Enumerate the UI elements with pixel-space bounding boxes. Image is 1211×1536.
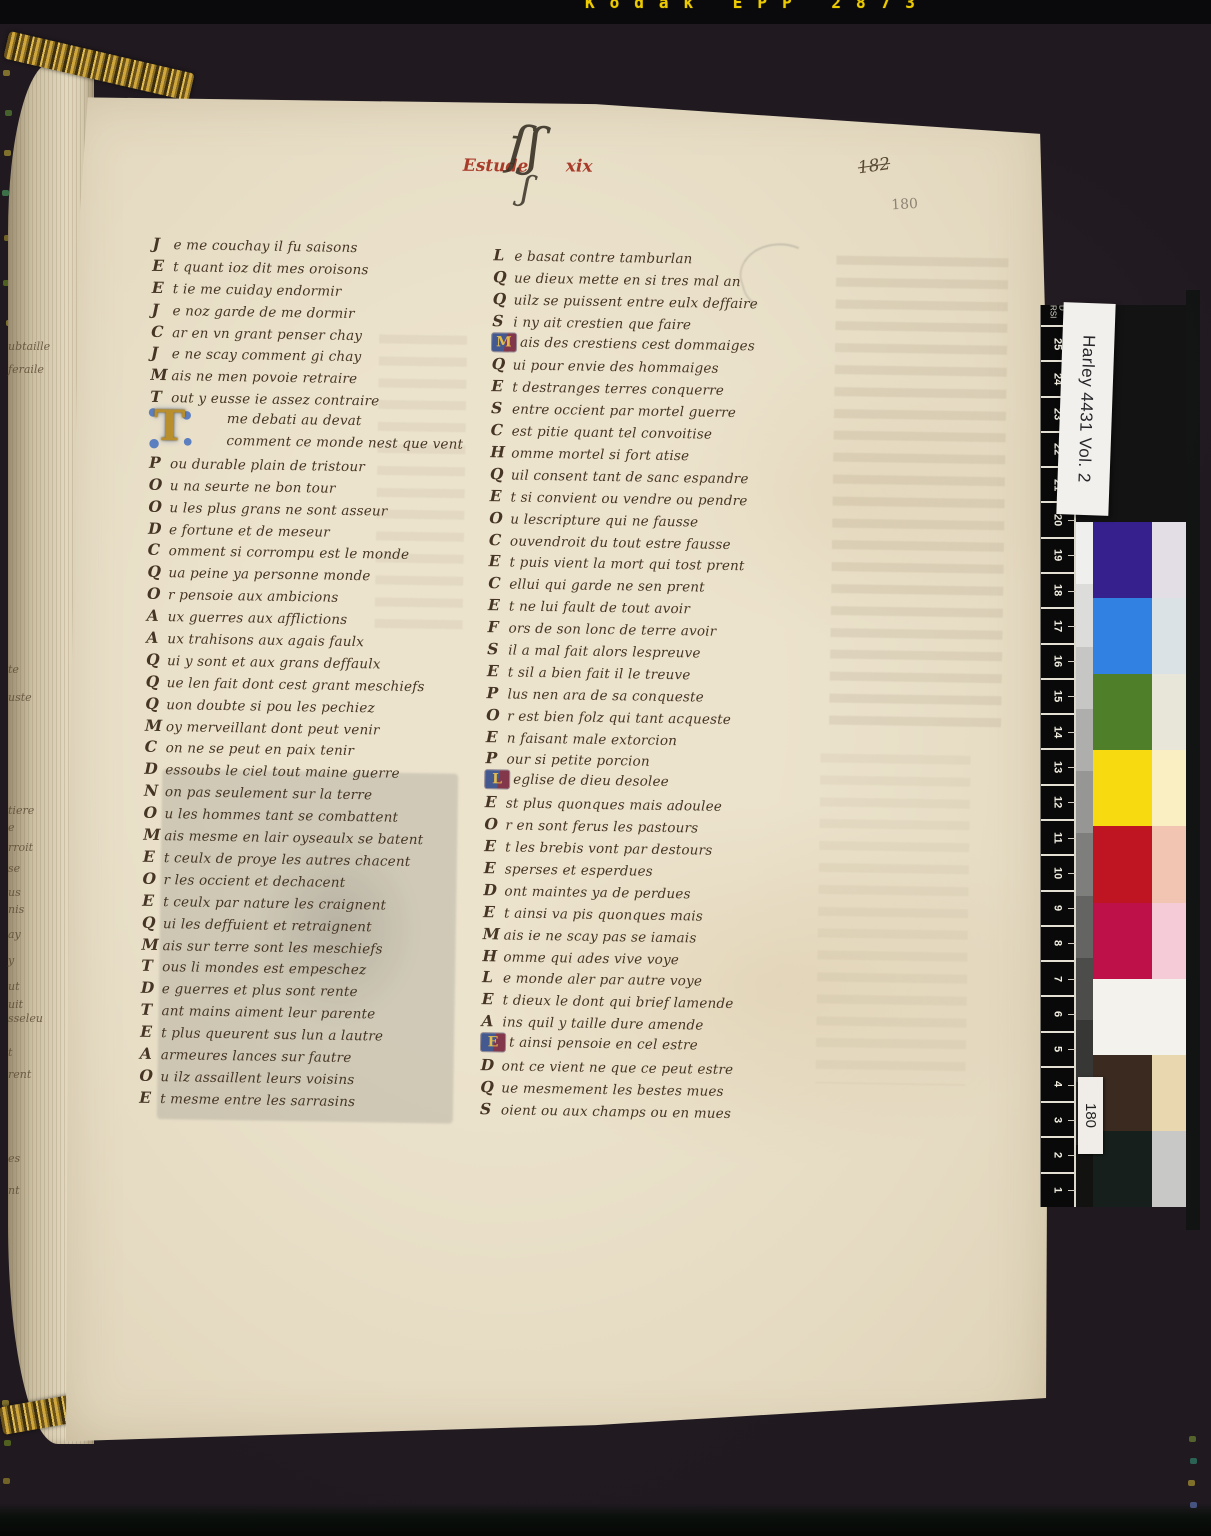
ruler-tick: 11 (1041, 819, 1074, 854)
illuminated-initial: T (145, 403, 194, 452)
verse-line: Et mesme entre les sarrasins (139, 1086, 469, 1113)
previous-page-text-fragment: ay (8, 928, 21, 941)
color-calibration-bar: D RSI 25 24 23 22 21 20 19 18 17 16 (1040, 305, 1186, 1207)
verse-capital: C (148, 539, 169, 561)
verse-capital: T (140, 999, 161, 1021)
verse-capital: Q (142, 911, 163, 933)
color-patch-row (1093, 750, 1186, 826)
verse-capital: E (143, 846, 164, 868)
saturated-color-patch (1093, 674, 1152, 750)
gilt-sparkle (1188, 1480, 1195, 1486)
verse-capital: D (481, 1054, 502, 1076)
gilt-sparkle (3, 1478, 10, 1484)
verse-capital: S (491, 397, 512, 419)
grayscale-step (1076, 584, 1093, 646)
previous-page-text-fragment: te (8, 663, 19, 676)
verse-capital: J (151, 299, 172, 321)
saturated-color-patch (1093, 903, 1152, 979)
grayscale-step (1076, 647, 1093, 709)
previous-page-text-fragment: uste (8, 691, 32, 704)
verse-capital: N (144, 780, 165, 802)
grayscale-step (1076, 522, 1093, 584)
verse-capital: H (490, 441, 511, 463)
verse-capital: O (148, 495, 169, 517)
color-patch-row (1093, 979, 1186, 1055)
verse-capital: Q (480, 1076, 501, 1098)
ruler-tick: 7 (1041, 960, 1074, 995)
previous-page-text-fragment: us (8, 886, 21, 899)
previous-page-text-fragment: feraile (8, 363, 44, 376)
verse-capital: C (151, 320, 172, 342)
ruler-tick: 12 (1041, 784, 1074, 819)
verse-column-right: Le basat contre tamburlan Que dieux mett… (480, 244, 839, 1125)
previous-page-text-fragment: nt (8, 1184, 20, 1197)
saturated-color-patch (1093, 979, 1152, 1055)
ruler-tick: 8 (1041, 925, 1074, 960)
verse-capital: E (482, 988, 503, 1010)
gilt-sparkle (4, 150, 11, 156)
ruler-tick: 15 (1041, 678, 1074, 713)
color-patch-row (1093, 826, 1186, 902)
verse-capital: M (141, 933, 162, 955)
verse-capital: M (145, 714, 166, 736)
grayscale-step (1076, 709, 1093, 771)
color-patch-row (1093, 903, 1186, 979)
verse-capital: Q (490, 463, 511, 485)
ruler-tick: 4 (1041, 1066, 1074, 1101)
pale-color-patch (1152, 826, 1186, 902)
verse-capital: Q (146, 671, 167, 693)
color-patch-column (1093, 522, 1186, 1207)
color-patch-row (1093, 1131, 1186, 1207)
verse-capital: M (143, 824, 164, 846)
verse-capital: C (144, 736, 165, 758)
gilt-sparkle (1189, 1436, 1196, 1442)
previous-page-text-fragment: nis (8, 903, 24, 916)
ruler-tick: 10 (1041, 854, 1074, 889)
verse-capital: E (142, 889, 163, 911)
verse-capital: O (489, 507, 510, 529)
previous-page-text-fragment: tiere (8, 804, 34, 817)
pale-color-patch (1152, 598, 1186, 674)
color-patch-row (1093, 522, 1186, 598)
verse-capital: E (483, 901, 504, 923)
verse-capital: A (140, 1043, 161, 1065)
verse-capital: Q (493, 288, 514, 310)
film-stock-label: Kodak EPP 2873 (585, 0, 930, 12)
previous-page-text-fragment: ut (8, 980, 20, 993)
gilt-sparkle (3, 70, 10, 76)
verse-capital: O (147, 583, 168, 605)
verse-capital: E (152, 255, 173, 277)
saturated-color-patch (1093, 522, 1152, 598)
show-through-text (815, 753, 970, 1085)
ruler-tick: 6 (1041, 995, 1074, 1030)
pale-color-patch (1152, 903, 1186, 979)
verse-capital: L (493, 244, 514, 266)
shelfmark-label: Harley 4431 Vol. 2 (1056, 302, 1115, 516)
gilt-sparkle (4, 1440, 11, 1446)
verse-capital: Q (146, 649, 167, 671)
verse-capital: P (149, 452, 170, 474)
verse-capital: E (152, 277, 173, 299)
grayscale-step (1076, 958, 1093, 1020)
ruler-tick: 9 (1041, 890, 1074, 925)
pale-color-patch (1152, 979, 1186, 1055)
verse-capital: L (485, 771, 509, 789)
verse-capital: P (486, 682, 507, 704)
verse-capital: A (146, 627, 167, 649)
verse-capital: Q (492, 354, 513, 376)
folio-number-pencil: 180 (891, 196, 919, 213)
verse-capital: E (485, 791, 506, 813)
gilt-sparkle (1190, 1502, 1197, 1508)
verse-capital: D (148, 517, 169, 539)
previous-page-text-fragment: es (8, 1152, 20, 1165)
film-edge-right (1186, 290, 1200, 1230)
verse-line: Soient ou aux champs ou en mues (480, 1098, 825, 1125)
verse-capital: D (141, 977, 162, 999)
previous-page-text-fragment: rroit (8, 841, 33, 854)
verse-capital: O (142, 868, 163, 890)
verse-capital: O (486, 704, 507, 726)
color-patch-row (1093, 1055, 1186, 1131)
pale-color-patch (1152, 674, 1186, 750)
folio-label: 180 (1078, 1077, 1103, 1154)
ruler-tick: 16 (1041, 643, 1074, 678)
verse-capital: S (487, 638, 508, 660)
verse-capital: A (147, 605, 168, 627)
film-edge-top: Kodak EPP 2873 (0, 0, 1211, 24)
verse-line: Tout y eusse ie assez contraire (150, 386, 480, 413)
ruler-tick: 19 (1041, 537, 1074, 572)
verse-capital: O (143, 802, 164, 824)
verse-capital: T (141, 955, 162, 977)
verse-capital: M (483, 923, 504, 945)
verse-capital: E (140, 1021, 161, 1043)
gilt-sparkle (5, 110, 12, 116)
ruler-tick: 14 (1041, 713, 1074, 748)
verse-capital: M (492, 333, 516, 351)
verse-capital: E (488, 594, 509, 616)
previous-page-text-fragment: uit (8, 998, 23, 1011)
pale-color-patch (1152, 750, 1186, 826)
ruler-tick: 5 (1041, 1031, 1074, 1066)
previous-page-text-fragment: se (8, 862, 20, 875)
verse-capital: E (484, 857, 505, 879)
color-patch-row (1093, 674, 1186, 750)
gilt-sparkle (1190, 1458, 1197, 1464)
gilt-sparkle (2, 190, 9, 196)
verse-capital: E (139, 1086, 160, 1108)
pale-color-patch (1152, 1131, 1186, 1207)
verse-capital: H (482, 945, 503, 967)
grayscale-step (1076, 833, 1093, 895)
verse-capital: O (139, 1065, 160, 1087)
color-patch-row (1093, 598, 1186, 674)
verse-capital: S (492, 310, 513, 332)
verse-capital: Q (145, 692, 166, 714)
manuscript-leaf: Estude ſʃ ʃ xix 182 180 T Je me couchay … (60, 92, 1052, 1444)
verse-column-left: T Je me couchay il fu saisons Et quant i… (139, 233, 483, 1114)
folio-number-ink-crossed: 182 (857, 154, 892, 178)
verse-capital: S (480, 1098, 501, 1120)
ruler-tick: 1 (1041, 1172, 1074, 1207)
verse-capital: Q (147, 561, 168, 583)
grayscale-step (1076, 896, 1093, 958)
previous-page-text-fragment: y (8, 954, 14, 967)
manuscript-photo: Kodak EPP 2873 ubtaille feraile te uste … (0, 0, 1211, 1536)
pale-color-patch (1152, 522, 1186, 598)
ruler-tick: 13 (1041, 748, 1074, 783)
previous-page-text-fragment: sseleu (8, 1012, 43, 1025)
verse-capital: D (483, 879, 504, 901)
grayscale-step (1076, 771, 1093, 833)
verse-capital: E (489, 485, 510, 507)
previous-page-text-fragment: e (8, 821, 15, 834)
verse-capital: O (149, 474, 170, 496)
verse-capital: E (486, 726, 507, 748)
verse-capital: P (485, 748, 506, 770)
ruler-tick: 18 (1041, 572, 1074, 607)
verse-capital: O (484, 813, 505, 835)
verse-capital: Q (493, 266, 514, 288)
show-through-text (829, 256, 1008, 729)
pale-color-patch (1152, 1055, 1186, 1131)
saturated-color-patch (1093, 598, 1152, 674)
chapter-number: xix (566, 156, 593, 176)
saturated-color-patch (1093, 750, 1152, 826)
previous-page-text-fragment: rent (8, 1068, 31, 1081)
verse-capital: L (482, 966, 503, 988)
verse-capital: J (151, 342, 172, 364)
verse-capital: E (481, 1033, 505, 1051)
verse-capital: C (491, 419, 512, 441)
ruler-tick: 2 (1041, 1136, 1074, 1171)
verse-capital: D (144, 758, 165, 780)
verse-capital: C (488, 573, 509, 595)
verse-capital: A (481, 1010, 502, 1032)
grayscale-step (1076, 1020, 1093, 1082)
verse-capital: M (150, 364, 171, 386)
verse-capital: E (488, 551, 509, 573)
verse-capital: E (484, 835, 505, 857)
ruler-tick: 17 (1041, 607, 1074, 642)
saturated-color-patch (1093, 826, 1152, 902)
film-edge-bottom (0, 1504, 1211, 1536)
verse-capital: C (489, 529, 510, 551)
verse-capital: E (487, 660, 508, 682)
verse-capital: J (152, 233, 173, 255)
previous-page-text-fragment: ubtaille (8, 340, 50, 353)
previous-page-text-fragment: t (8, 1046, 12, 1059)
verse-capital: E (491, 376, 512, 398)
verse-capital: F (487, 616, 508, 638)
ruler-tick: 3 (1041, 1101, 1074, 1136)
